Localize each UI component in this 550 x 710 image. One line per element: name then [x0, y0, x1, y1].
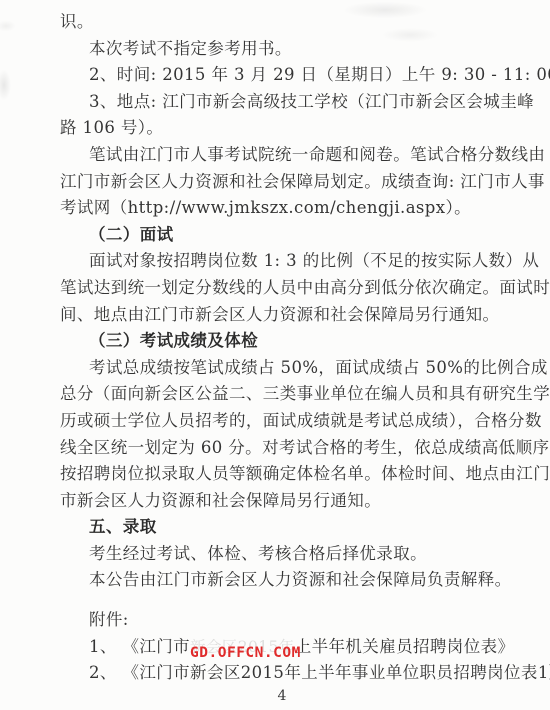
attachment-item-1-suffix: 上半年机关雇员招聘岗位表》: [295, 637, 515, 656]
body-line: 市新会区人力资源和社会保障局另行通知。: [60, 488, 504, 515]
scanned-document-page: 识。 本次考试不指定参考用书。 2、时间: 2015 年 3 月 29 日（星期…: [0, 0, 550, 710]
attachment-item-1-prefix: 1、 《江门市: [89, 637, 190, 656]
section-heading-admission: 五、录取: [60, 514, 504, 541]
body-line: 笔试达到统一划定分数线的人员中由高分到低分依次确定。面试时: [60, 275, 504, 302]
section-heading-interview: （二）面试: [60, 222, 504, 249]
body-line: 本公告由江门市新会区人力资源和社会保障局负责解释。: [60, 567, 504, 594]
offcn-watermark: GD.OFFCN.COM: [190, 640, 301, 667]
body-line: 面试对象按招聘岗位数 1: 3 的比例（不足的按实际人数）从: [60, 248, 504, 275]
body-line: 间、地点由江门市新会区人力资源和社会保障局另行通知。: [60, 302, 504, 329]
section-heading-scores-physical: （三）考试成绩及体检: [60, 328, 504, 355]
attachments-label: 附件:: [60, 607, 504, 634]
body-line: 按招聘岗位拟录取人员等额确定体检名单。体检时间、地点由江门: [60, 461, 504, 488]
body-line: 考试总成绩按笔试成绩占 50%，面试成绩占 50%的比例合成: [60, 355, 504, 382]
exam-time-line: 2、时间: 2015 年 3 月 29 日（星期日）上午 9: 30 - 11:…: [60, 62, 504, 89]
page-number: 4: [60, 688, 504, 704]
body-line: 历或硕士学位人员招考的，面试成绩就是考试总成绩），合格分数: [60, 408, 504, 435]
exam-location-line: 3、地点: 江门市新会高级技工学校（江门市新会区会城圭峰: [60, 89, 504, 116]
exam-location-line: 路 106 号）。: [60, 115, 504, 142]
body-line: 考生经过考试、体检、考核合格后择优录取。: [60, 541, 504, 568]
obscured-text-region: 新会区2015年GD.OFFCN.COM: [190, 634, 295, 661]
body-line: 总分（面向新会区公益二、三类事业单位在编人员和具有研究生学: [60, 381, 504, 408]
score-query-url-line: 考试网（http://www.jmkszx.com/chengji.aspx）。: [60, 195, 504, 222]
body-line: 笔试由江门市人事考试院统一命题和阅卷。笔试合格分数线由: [60, 142, 504, 169]
body-line: 线全区统一划定为 60 分。对考试合格的考生，依总成绩高低顺序，: [60, 435, 504, 462]
body-line: 识。: [60, 9, 504, 36]
attachment-item-1: 1、 《江门市新会区2015年GD.OFFCN.COM上半年机关雇员招聘岗位表》: [60, 634, 504, 661]
body-line: 本次考试不指定参考用书。: [60, 36, 504, 63]
body-line: 江门市新会区人力资源和社会保障局划定。成绩查询: 江门市人事: [60, 169, 504, 196]
